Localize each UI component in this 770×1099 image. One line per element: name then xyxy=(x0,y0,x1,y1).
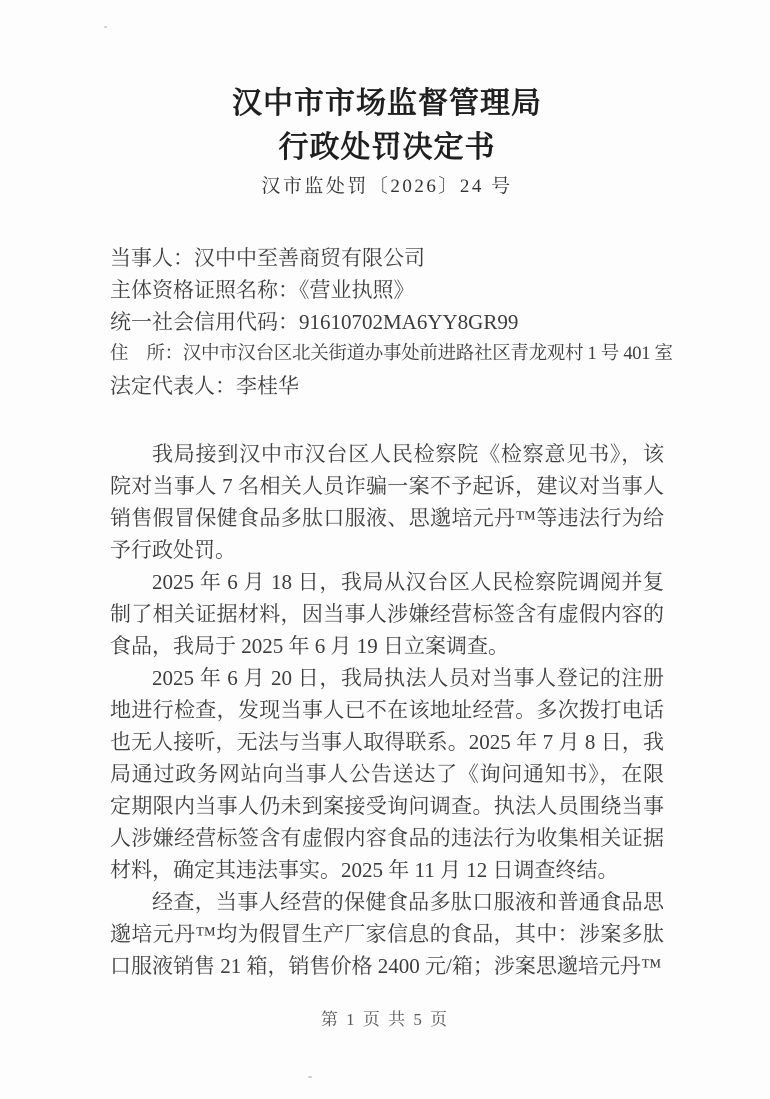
body-paragraph: 2025 年 6 月 18 日，我局从汉台区人民检察院调阅并复制了相关证据材料，… xyxy=(110,566,664,662)
document-header: 汉中市市场监督管理局 行政处罚决定书 汉市监处罚〔2026〕24 号 xyxy=(110,82,664,200)
issuing-authority: 汉中市市场监督管理局 xyxy=(110,82,664,126)
document-title: 行政处罚决定书 xyxy=(110,126,664,170)
body-text: 我局接到汉中市汉台区人民检察院《检察意见书》，该院对当事人 7 名相关人员诈骗一… xyxy=(110,438,664,982)
page-footer: 第 1 页 共 5 页 xyxy=(0,1008,770,1032)
document-content: 汉中市市场监督管理局 行政处罚决定书 汉市监处罚〔2026〕24 号 当事人：汉… xyxy=(0,82,770,982)
body-paragraph: 经查，当事人经营的保健食品多肽口服液和普通食品思邈培元丹™均为假冒生产厂家信息的… xyxy=(110,886,664,982)
document-page: 汉中市市场监督管理局 行政处罚决定书 汉市监处罚〔2026〕24 号 当事人：汉… xyxy=(0,0,770,1099)
scan-speck xyxy=(104,26,107,28)
party-line-credit-code: 统一社会信用代码：91610702MA6YY8GR99 xyxy=(110,306,664,338)
document-number: 汉市监处罚〔2026〕24 号 xyxy=(110,174,664,200)
body-paragraph: 2025 年 6 月 20 日，我局执法人员对当事人登记的注册地进行检查，发现当… xyxy=(110,662,664,886)
party-line-address: 住 所：汉中市汉台区北关街道办事处前进路社区青龙观村 1 号 401 室 xyxy=(110,338,664,370)
party-info: 当事人：汉中中至善商贸有限公司 主体资格证照名称：《营业执照》 统一社会信用代码… xyxy=(110,242,664,402)
page-indicator: 第 1 页 共 5 页 xyxy=(321,1010,449,1029)
party-line-legal-rep: 法定代表人：李桂华 xyxy=(110,370,664,402)
scan-speck xyxy=(308,1076,312,1078)
body-paragraph: 我局接到汉中市汉台区人民检察院《检察意见书》，该院对当事人 7 名相关人员诈骗一… xyxy=(110,438,664,566)
party-line-name: 当事人：汉中中至善商贸有限公司 xyxy=(110,242,664,274)
party-line-license: 主体资格证照名称：《营业执照》 xyxy=(110,274,664,306)
